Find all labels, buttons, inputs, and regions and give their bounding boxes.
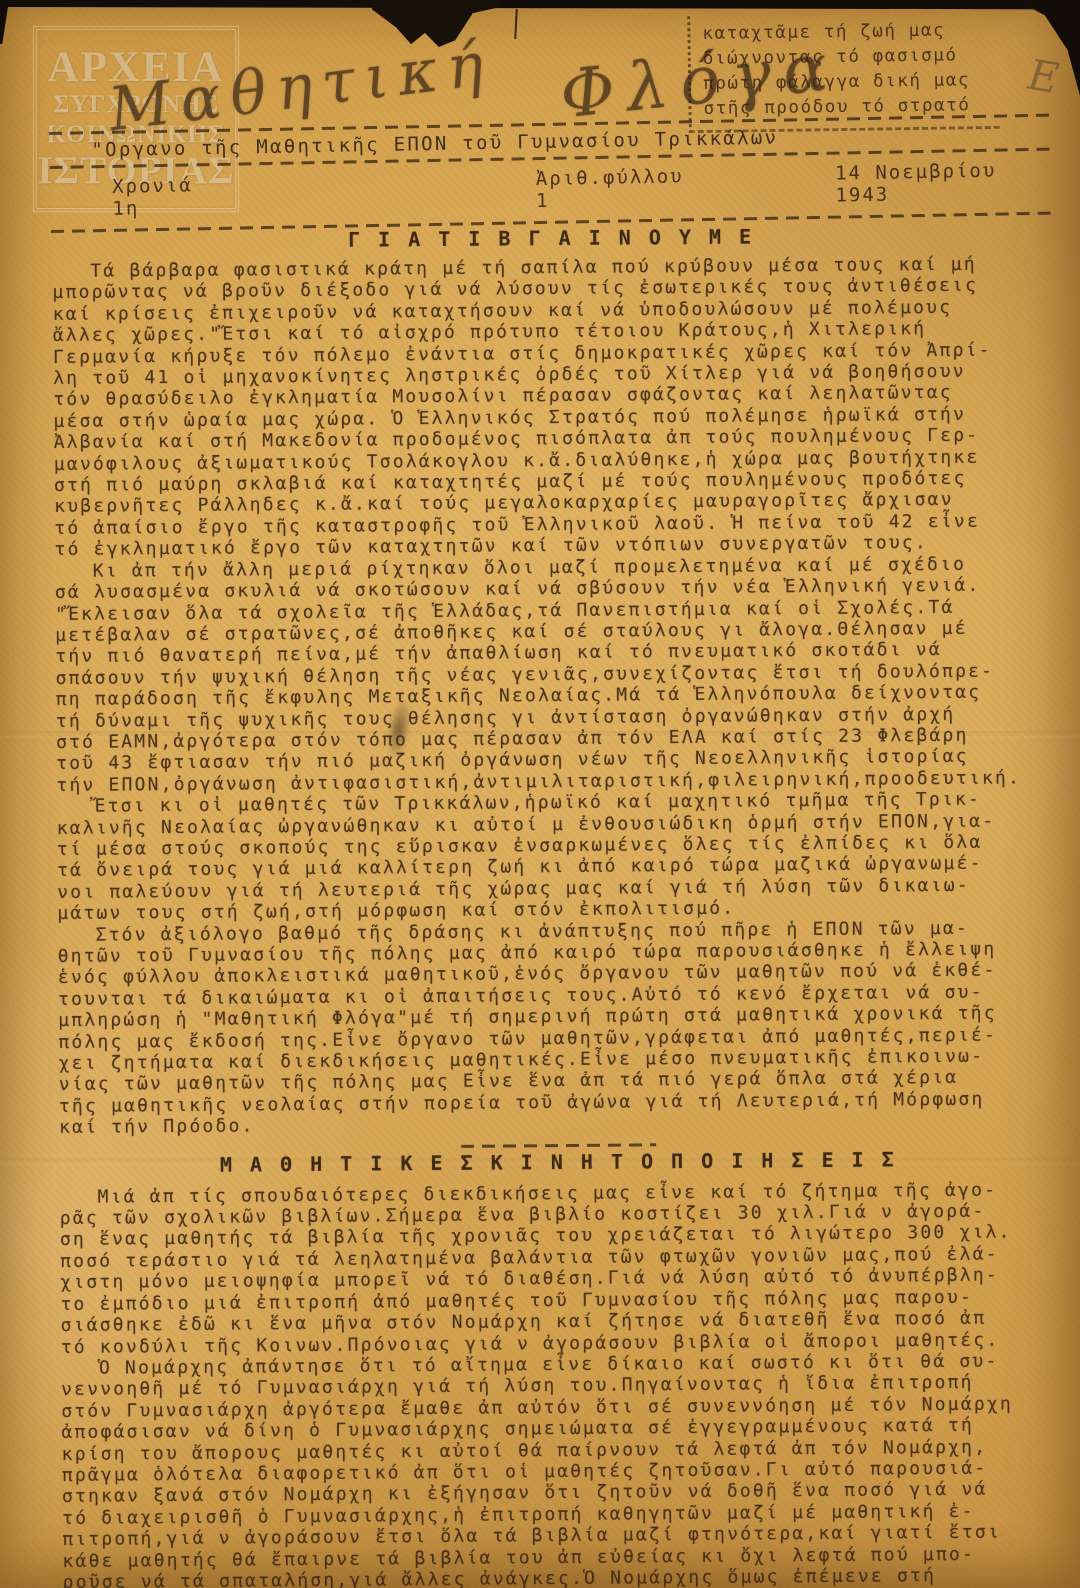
paragraph: Ἔτσι κι οἱ μαθητές τῶν Τρικκάλων,ἡρωϊκό … <box>56 788 1055 924</box>
scanned-newspaper-page: ΑΡΧΕΙΑ ΣΥΓΧΡΟΝΗΣ ΚΟΙΝΩΝΙΚΗΣ ΙΣΤΟΡΙΑΣ Μαθ… <box>0 0 1080 1588</box>
article-column: Γ Ι Α Τ Ι Β Γ Α Ι Ν Ο Υ Μ Ε Τά βάρβαρα φ… <box>52 222 1061 1588</box>
article-title-student-mobilizations: Μ Α Θ Η Τ Ι Κ Ε Σ Κ Ι Ν Η Τ Ο Π Ο Ι Η Σ … <box>59 1146 1057 1178</box>
issue-number-label: Ἀριθ.φύλλου 1 <box>536 165 701 212</box>
masthead: "Οργανο τῆς Μαθητικῆς ΕΠΟΝ τοῦ Γυμνασίου… <box>49 114 1051 233</box>
paragraph: Μιά ἀπ τίς σπουδαιότερες διεκδικήσεις μα… <box>60 1179 1059 1358</box>
paragraph: Κι ἀπ τήν ἄλλη μεριά ρίχτηκαν ὅλοι μαζί … <box>55 553 1055 796</box>
article-body: Τά βάρβαρα φασιστικά κράτη μέ τή σαπίλα … <box>52 253 1057 1138</box>
paragraph: Τά βάρβαρα φασιστικά κράτη μέ τή σαπίλα … <box>52 253 1052 561</box>
section-divider <box>461 1143 656 1148</box>
paragraph: Ὁ Νομάρχης ἀπάντησε ὅτι τό αἴτημα εἶνε δ… <box>61 1350 1061 1588</box>
article-body: Μιά ἀπ τίς σπουδαιότερες διεκδικήσεις μα… <box>60 1179 1061 1588</box>
year-label: Χρονιά 1η <box>112 174 227 220</box>
paragraph: Στόν ἀξιόλογο βαθμό τῆς δράσης κι ἀνάπτυ… <box>57 917 1057 1139</box>
date-label: 14 Νοεμβρίου 1943 <box>835 159 1051 207</box>
